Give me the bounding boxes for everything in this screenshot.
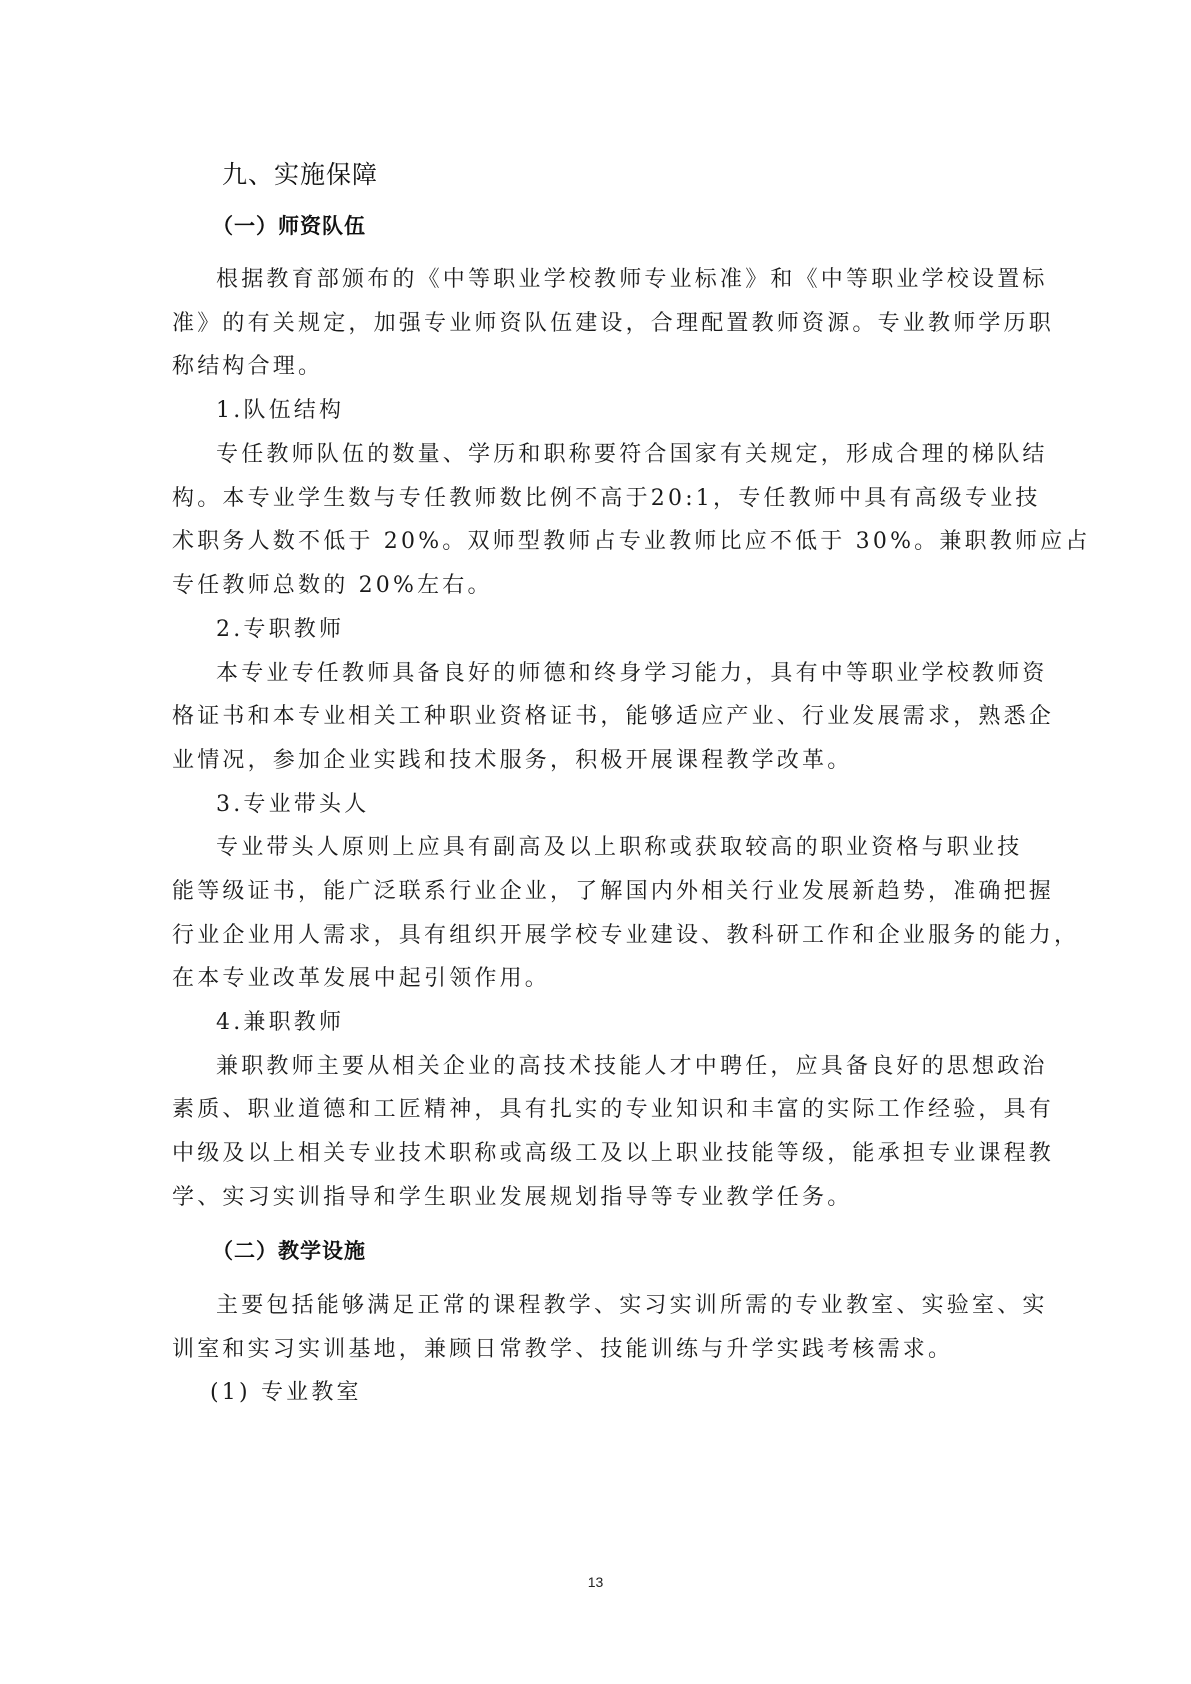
paragraph-line: 训室和实习实训基地，兼顾日常教学、技能训练与升学实践考核需求。	[172, 1335, 953, 1365]
item-heading-professional-classroom: (1) 专业教室	[210, 1378, 362, 1408]
paragraph-line: 格证书和本专业相关工种职业资格证书，能够适应产业、行业发展需求，熟悉企	[172, 702, 1054, 732]
paragraph-line: 构。本专业学生数与专任教师数比例不高于20:1，专任教师中具有高级专业技	[172, 484, 1041, 514]
subsection-title-faculty: （一）师资队伍	[212, 211, 366, 241]
paragraph-line: 本专业专任教师具备良好的师德和终身学习能力，具有中等职业学校教师资	[216, 659, 1048, 689]
paragraph-line: 能等级证书，能广泛联系行业企业，了解国内外相关行业发展新趋势，准确把握	[172, 877, 1054, 907]
paragraph-line: 专任教师队伍的数量、学历和职称要符合国家有关规定，形成合理的梯队结	[216, 440, 1048, 470]
section-title: 九、实施保障	[222, 158, 378, 192]
item-heading-discipline-leader: 3.专业带头人	[216, 790, 369, 820]
paragraph-line: 学、实习实训指导和学生职业发展规划指导等专业教学任务。	[172, 1183, 852, 1213]
paragraph-line: 在本专业改革发展中起引领作用。	[172, 964, 550, 994]
page-number: 13	[0, 1574, 1191, 1590]
item-heading-team-structure: 1.队伍结构	[216, 396, 344, 426]
paragraph-line: 称结构合理。	[172, 352, 323, 382]
paragraph-line: 主要包括能够满足正常的课程教学、实习实训所需的专业教室、实验室、实	[216, 1291, 1048, 1321]
paragraph-line: 根据教育部颁布的《中等职业学校教师专业标准》和《中等职业学校设置标	[216, 265, 1048, 295]
paragraph-line: 术职务人数不低于 20%。双师型教师占专业教师比应不低于 30%。兼职教师应占	[172, 527, 1091, 557]
item-heading-parttime-teachers: 4.兼职教师	[216, 1008, 344, 1038]
paragraph-line: 专业带头人原则上应具有副高及以上职称或获取较高的职业资格与职业技	[216, 833, 1022, 863]
paragraph-line: 业情况，参加企业实践和技术服务，积极开展课程教学改革。	[172, 746, 852, 776]
paragraph-line: 中级及以上相关专业技术职称或高级工及以上职业技能等级，能承担专业课程教	[172, 1139, 1054, 1169]
subsection-title-teaching-facilities: （二）教学设施	[212, 1236, 366, 1266]
paragraph-line: 专任教师总数的 20%左右。	[172, 571, 493, 601]
paragraph-line: 素质、职业道德和工匠精神，具有扎实的专业知识和丰富的实际工作经验，具有	[172, 1095, 1054, 1125]
paragraph-line: 兼职教师主要从相关企业的高技术技能人才中聘任，应具备良好的思想政治	[216, 1052, 1048, 1082]
item-heading-fulltime-teachers: 2.专职教师	[216, 615, 344, 645]
paragraph-line: 准》的有关规定，加强专业师资队伍建设，合理配置教师资源。专业教师学历职	[172, 309, 1054, 339]
paragraph-line: 行业企业用人需求，具有组织开展学校专业建设、教科研工作和企业服务的能力，	[172, 921, 1079, 951]
document-page: 九、实施保障 （一）师资队伍 根据教育部颁布的《中等职业学校教师专业标准》和《中…	[0, 0, 1191, 1684]
